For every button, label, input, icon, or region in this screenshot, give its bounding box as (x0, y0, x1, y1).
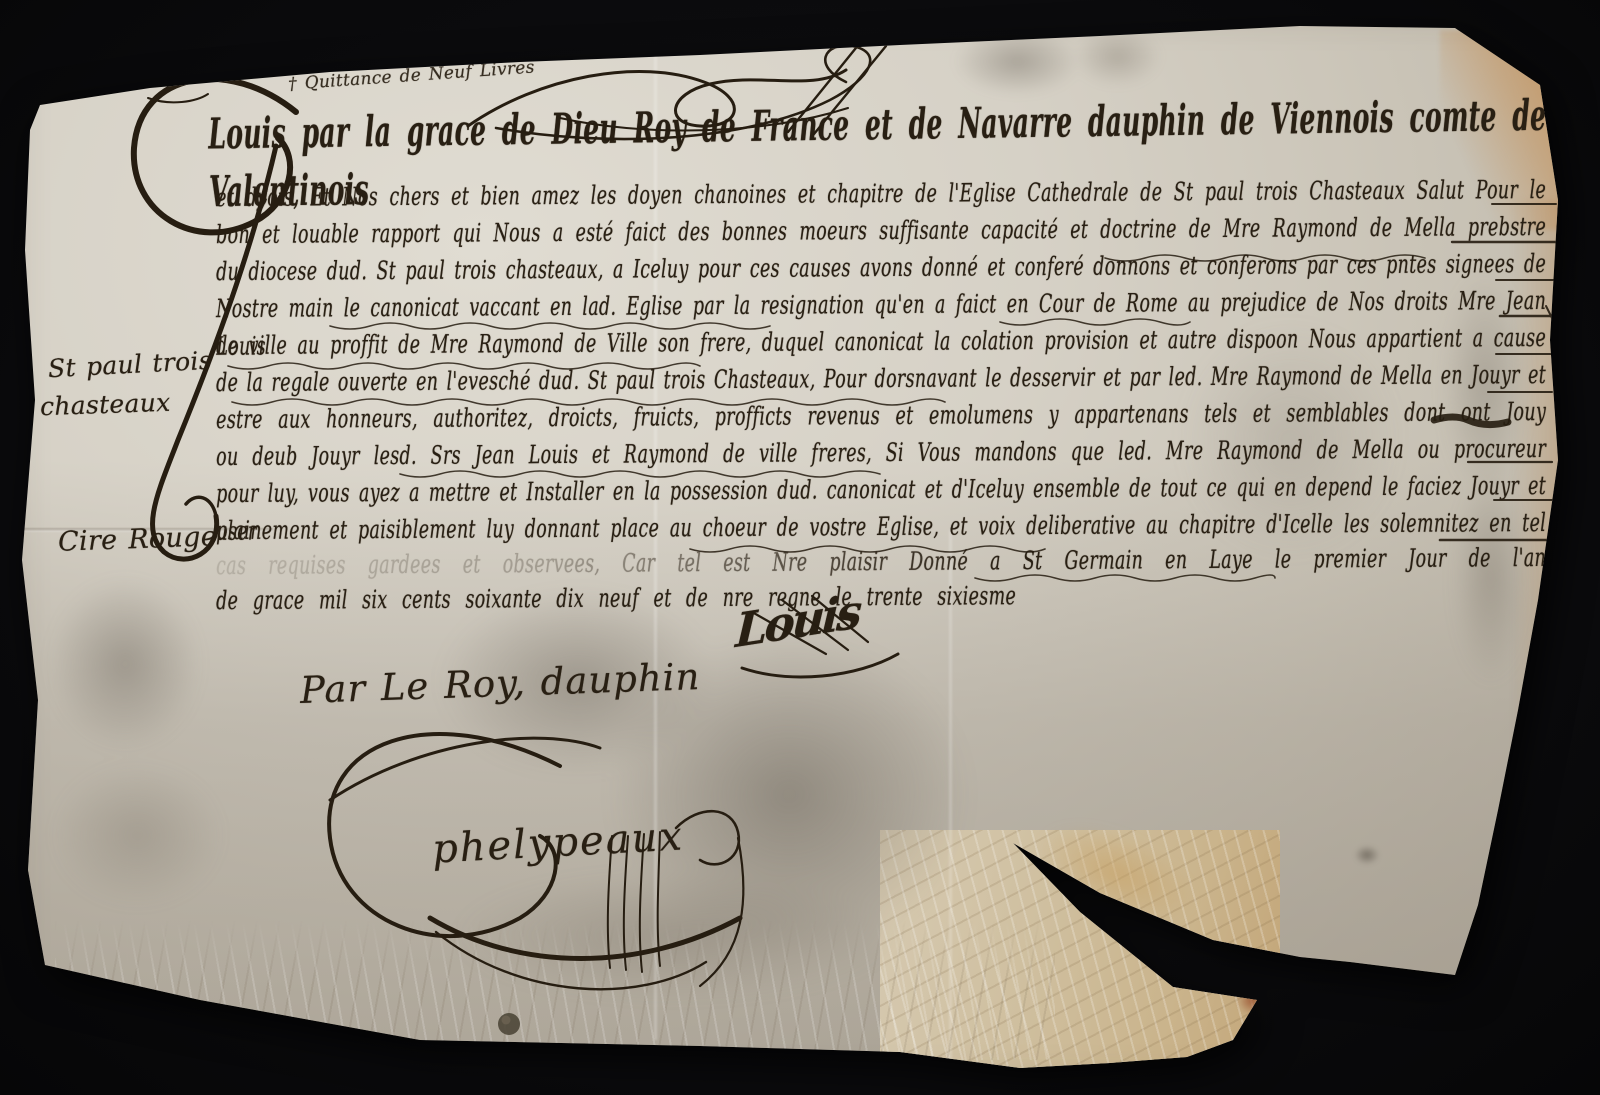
photo-stage: Canonicat † Quittance de Neuf Livres Lou… (0, 0, 1600, 1095)
parchment-sheet: Canonicat † Quittance de Neuf Livres Lou… (0, 0, 1600, 1095)
countersign-line: Par Le Roy, dauphin (299, 655, 701, 712)
torn-flap (880, 830, 1280, 1080)
margin-note-seal: Cire Rouge (58, 521, 218, 558)
secretary-signature: phelypeaux (431, 813, 685, 872)
seal-remnant-dot (498, 1013, 520, 1035)
crumple-texture-bottom (55, 920, 1055, 1060)
margin-note-place-line2: chasteaux (40, 388, 171, 422)
archival-note-underline (148, 94, 208, 102)
docket-note: † Quittance de Neuf Livres (288, 57, 536, 94)
stain-center-smudge (380, 550, 1040, 1020)
stain-tear-grey-dot (1350, 842, 1384, 868)
tear-edge-tan-stain (988, 780, 1293, 1000)
parchment-wrapper: Canonicat † Quittance de Neuf Livres Lou… (0, 0, 1600, 1095)
margin-note-place-line1: St paul trois (47, 346, 212, 384)
body-line: de grace mil six cents soixante dix neuf… (216, 578, 1016, 621)
flap-tip-rust-stain (1232, 980, 1272, 1020)
archival-note: Canonicat (19, 54, 141, 88)
